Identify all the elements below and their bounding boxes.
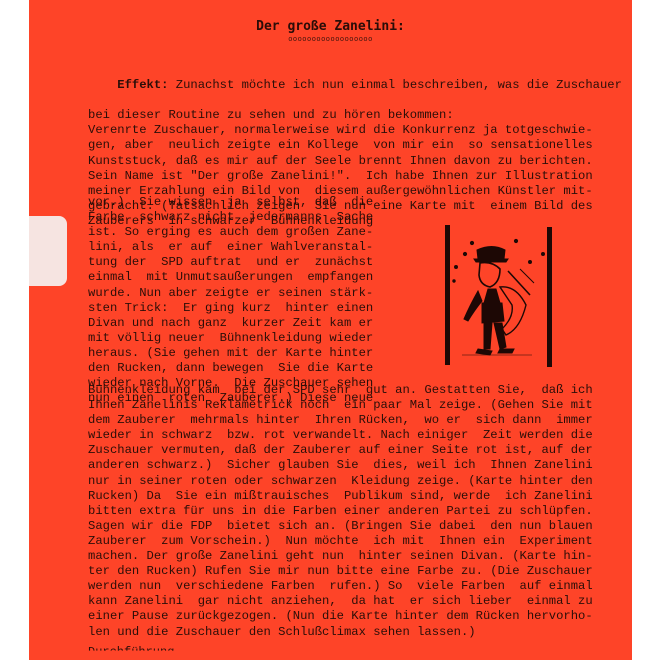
text-block-bottom: Bühnenkleidung kam bei der SPD sehr gut … <box>88 383 608 640</box>
text-line: nur in seiner roten oder schwarzen Kleid… <box>88 474 608 489</box>
effect-first-line: Effekt: Zunachst möchte ich nun einmal b… <box>117 78 622 92</box>
text-line: dem Zauberer mehrmals hinter Ihren Rücke… <box>88 413 608 428</box>
text-line: len und die Zuschauer den Schlußclimax s… <box>88 625 608 640</box>
text-line: Sein Name ist "Der große Zanelini!". Ich… <box>88 169 608 184</box>
text-line: Kunststuck, daß es mir auf der Seele bre… <box>88 154 608 169</box>
magician-illustration <box>442 225 552 365</box>
text-line: vor.) Sie wissen ja selbst, daß die <box>88 195 608 210</box>
trailing-heading-fragment: Durchführung <box>88 645 174 659</box>
text-line: Zauberer zum Vorschein.) Nun möchte ich … <box>88 534 608 549</box>
text-line: bei dieser Routine zu sehen und zu hören… <box>88 108 608 123</box>
text-line: bitten extra für uns in die Farben einer… <box>88 504 608 519</box>
text-line: Bühnenkleidung kam bei der SPD sehr gut … <box>88 383 608 398</box>
text-line: kann Zanelini gar nicht anziehen, da hat… <box>88 594 608 609</box>
text-line: anderen schwarz.) Sicher glauben Sie die… <box>88 458 608 473</box>
text-line: machen. Der große Zanelini geht nun hint… <box>88 549 608 564</box>
title-underline: oooooooooooooooooo <box>29 36 632 44</box>
text-line: werden nun verschiedene Farben rufen.) S… <box>88 579 608 594</box>
text-line: Sagen wir die FDP bietet sich an. (Bring… <box>88 519 608 534</box>
text-line: gen, aber neulich zeigte ein Kollege von… <box>88 138 608 153</box>
document-title: Der große Zanelini: <box>29 19 632 34</box>
text-line: wieder in schwarz bzw. rot verwandelt. N… <box>88 428 608 443</box>
document-page: Der große Zanelini: oooooooooooooooooo E… <box>29 0 632 660</box>
text-line: einer Pause zurückgezogen. (Nun die Kart… <box>88 609 608 624</box>
effect-label: Effekt: <box>117 78 168 92</box>
text-line: Ihnen Zanelinis Reklametrick noch ein pa… <box>88 398 608 413</box>
paper-tab <box>29 216 67 286</box>
text-line: Farbe schwarz nicht jedermanns Sache <box>88 210 608 225</box>
text-line: Verenrte Zuschauer, normalerweise wird d… <box>88 123 608 138</box>
magician-icon <box>442 225 552 365</box>
text-line: ter den Rucken) Rufen Sie mir nun bitte … <box>88 564 608 579</box>
text-line: Rucken) Da Sie ein mißtrauisches Publiku… <box>88 489 608 504</box>
text-line: Zuschauer vermuten, daß der Zauberer auf… <box>88 443 608 458</box>
